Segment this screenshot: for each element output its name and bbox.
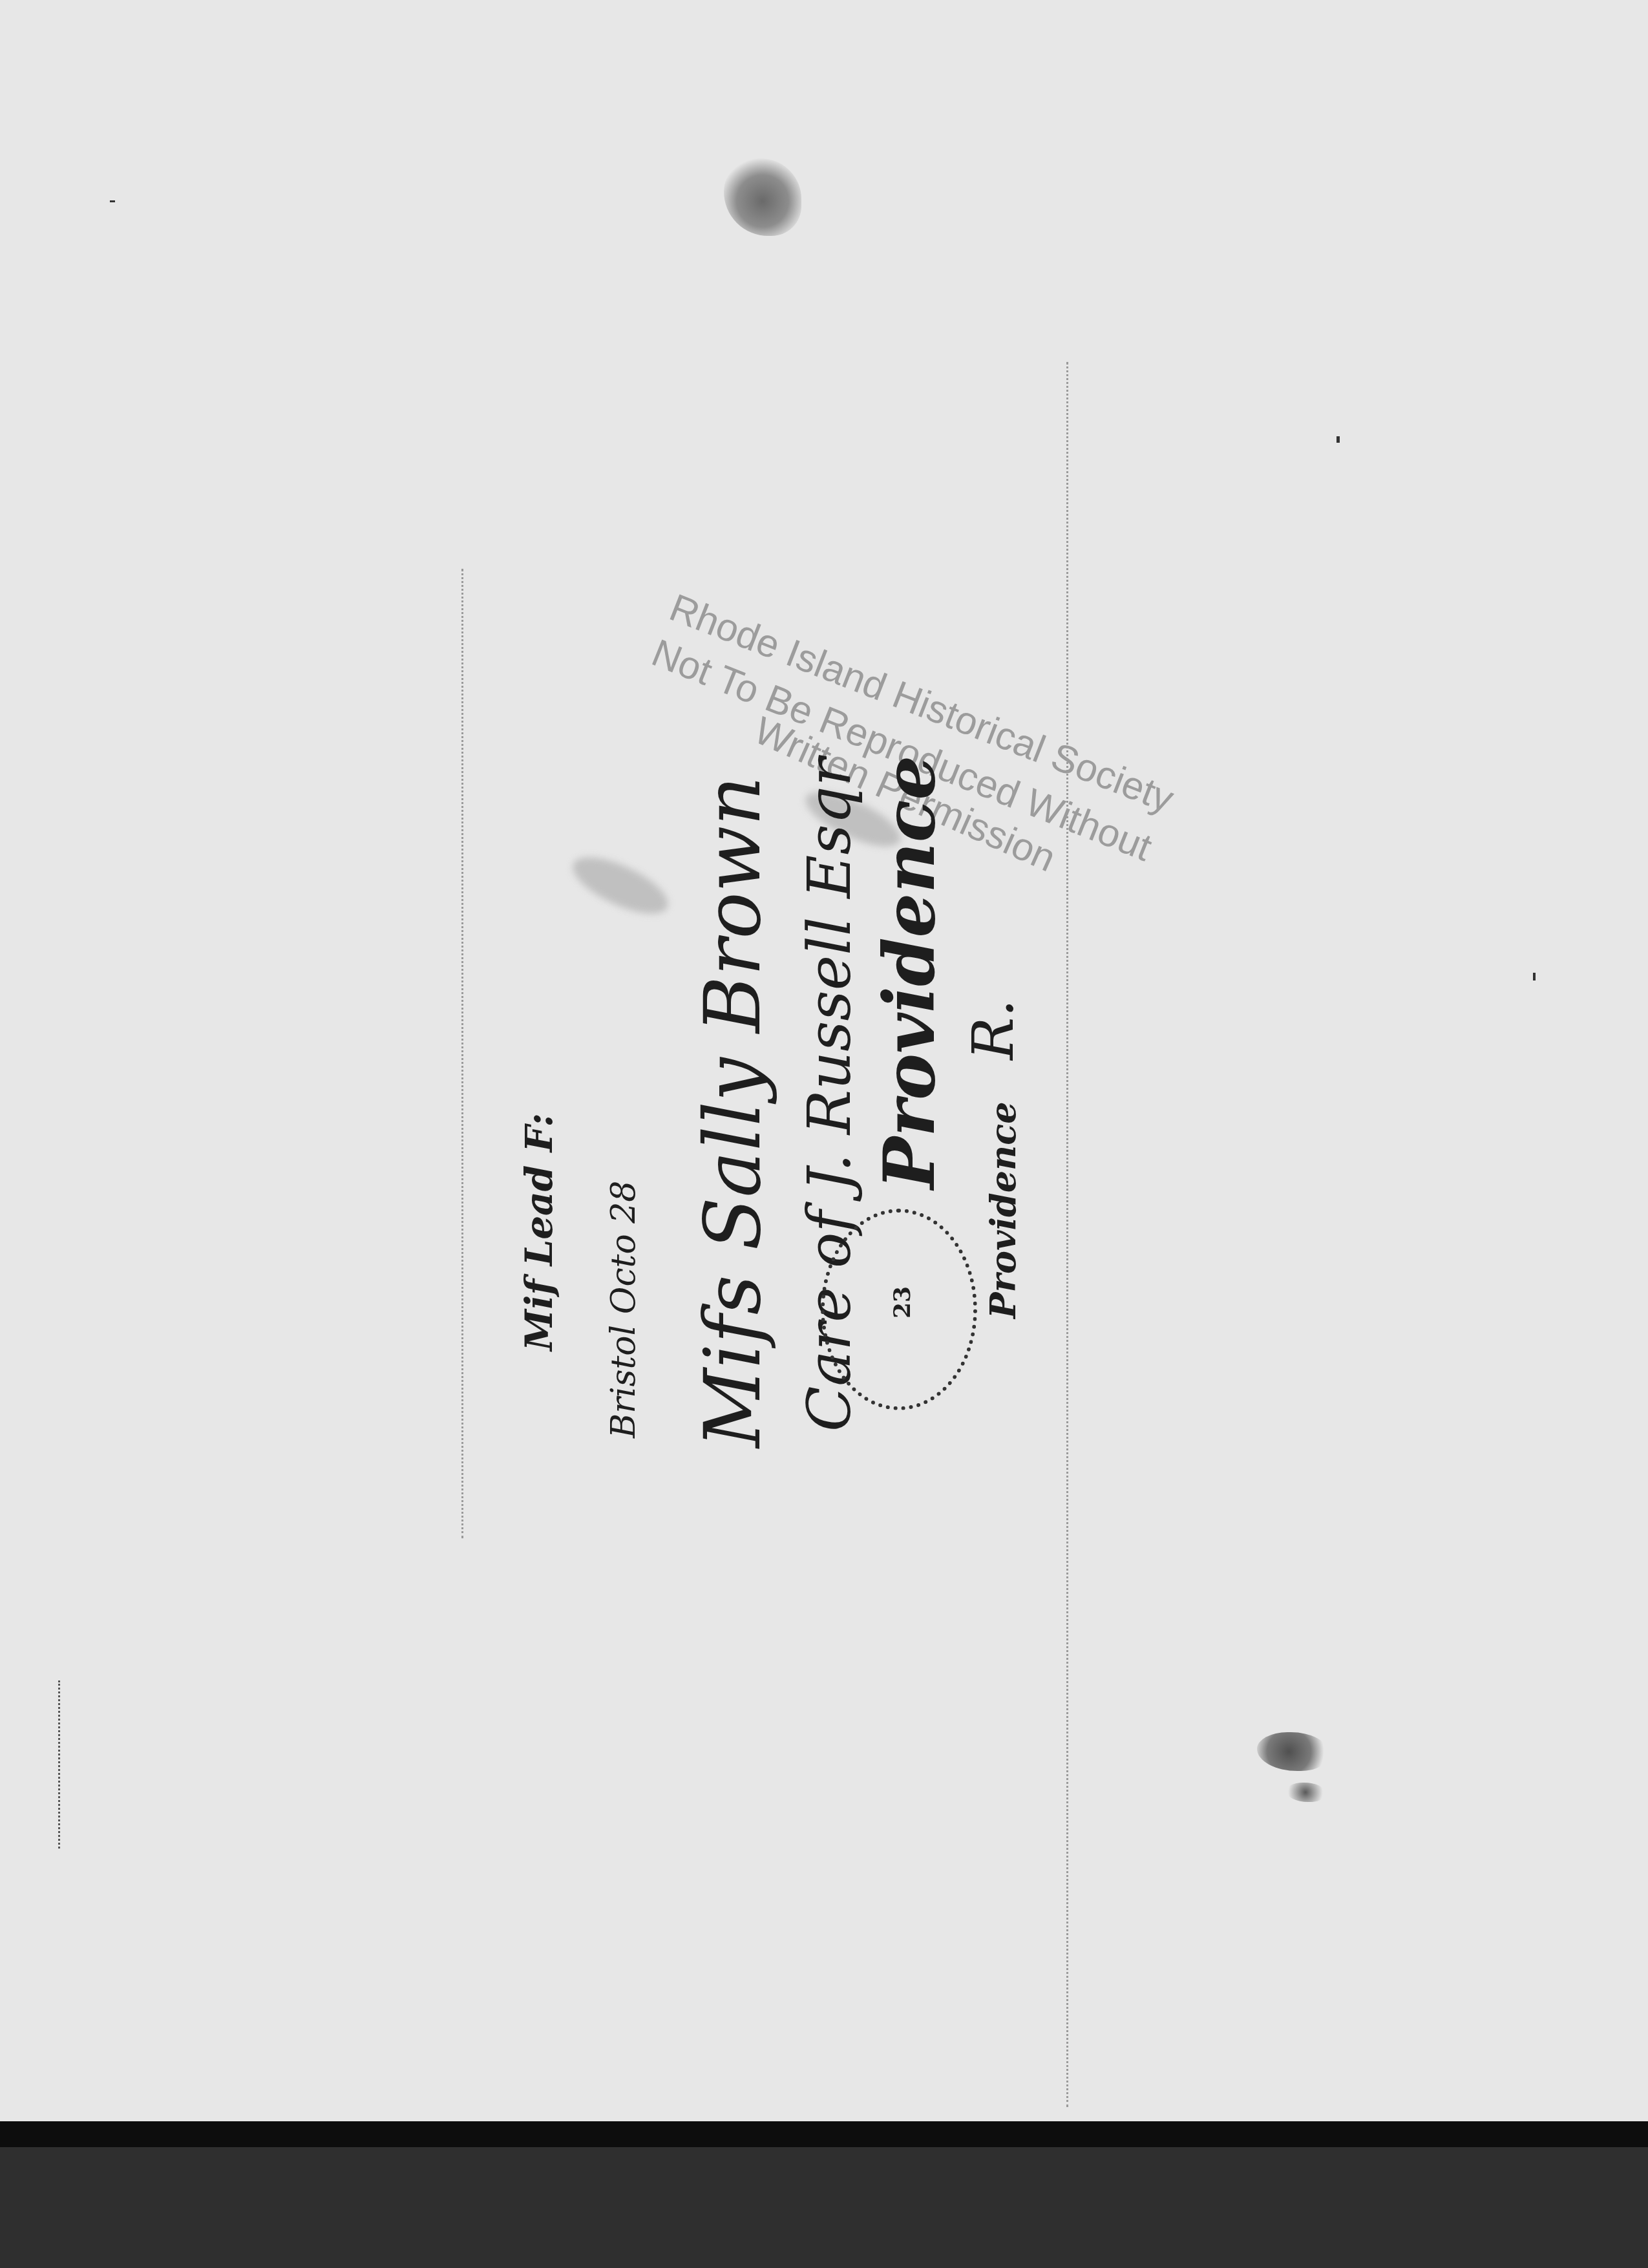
fold-line-right <box>1066 362 1068 2107</box>
scanner-edge-band <box>0 2121 1648 2147</box>
fold-line-left <box>461 569 463 1538</box>
letter-paper: Rhode Island Historical Society Not To B… <box>0 0 1648 2121</box>
speck <box>1336 436 1340 443</box>
smudge <box>565 846 675 925</box>
ink-blot-lower-right <box>1257 1732 1328 1771</box>
postmark-number: 23 <box>889 1286 916 1319</box>
edge-mark-left <box>58 1680 60 1849</box>
addressee-name: Mifs Sally Brown <box>688 776 778 1448</box>
place-date: Bristol Octo 28 <box>604 1181 643 1438</box>
state-abbrev: R. <box>960 999 1026 1060</box>
city-flourish: Providence <box>869 756 951 1189</box>
speck <box>1533 973 1536 980</box>
scanner-bed <box>0 2147 1648 2268</box>
docket-note: Mif Lead F: <box>517 1113 561 1351</box>
speck <box>110 200 115 202</box>
postmark-city: Providence <box>982 1101 1024 1319</box>
ink-blot-lower-right-small <box>1286 1783 1325 1802</box>
ink-blot-top <box>724 158 801 236</box>
